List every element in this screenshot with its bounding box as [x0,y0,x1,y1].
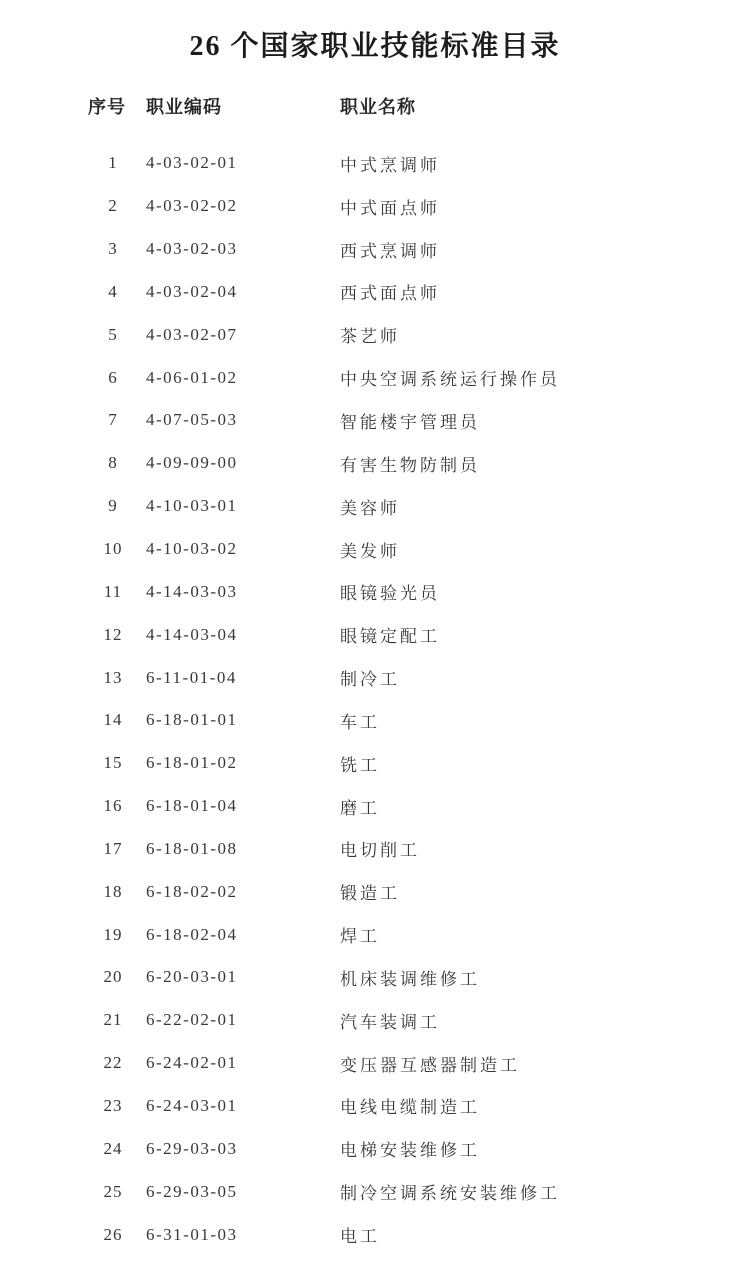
table-row: 7 4-07-05-03 智能楼宇管理员 [88,399,728,442]
row-index-cell: 21 [88,1010,138,1030]
table-row: 2 4-03-02-02 中式面点师 [88,185,728,228]
table-row: 26 6-31-01-03 电工 [88,1213,728,1256]
row-code-cell: 4-06-01-02 [146,368,332,388]
row-code-cell: 6-24-02-01 [146,1053,332,1073]
row-name-cell: 车工 [340,708,728,733]
table-row: 6 4-06-01-02 中央空调系统运行操作员 [88,356,728,399]
table-row: 18 6-18-02-02 锻造工 [88,870,728,913]
table-row: 5 4-03-02-07 茶艺师 [88,313,728,356]
row-index-cell: 3 [88,239,138,259]
table-row: 14 6-18-01-01 车工 [88,699,728,742]
row-index-cell: 1 [88,153,138,173]
table-row: 17 6-18-01-08 电切削工 [88,828,728,871]
table-row: 9 4-10-03-01 美容师 [88,485,728,528]
row-name-cell: 铣工 [340,751,728,776]
row-name-cell: 制冷工 [340,665,728,690]
table-row: 10 4-10-03-02 美发师 [88,528,728,571]
table-row: 12 4-14-03-04 眼镜定配工 [88,613,728,656]
row-index-cell: 16 [88,796,138,816]
row-code-cell: 4-03-02-01 [146,153,332,173]
table-row: 22 6-24-02-01 变压器互感器制造工 [88,1042,728,1085]
column-header-index: 序号 [88,93,138,119]
row-index-cell: 5 [88,325,138,345]
row-code-cell: 4-03-02-03 [146,239,332,259]
row-name-cell: 中式烹调师 [340,151,728,176]
row-code-cell: 6-29-03-03 [146,1139,332,1159]
row-index-cell: 2 [88,196,138,216]
row-index-cell: 22 [88,1053,138,1073]
row-code-cell: 6-18-02-04 [146,925,332,945]
row-name-cell: 变压器互感器制造工 [340,1051,728,1076]
table-row: 20 6-20-03-01 机床装调维修工 [88,956,728,999]
row-name-cell: 眼镜验光员 [340,579,728,604]
column-header-code: 职业编码 [146,93,332,119]
row-name-cell: 电线电缆制造工 [340,1093,728,1118]
row-index-cell: 14 [88,710,138,730]
row-name-cell: 汽车装调工 [340,1008,728,1033]
row-name-cell: 西式烹调师 [340,237,728,262]
row-name-cell: 中央空调系统运行操作员 [340,365,728,390]
table-row: 21 6-22-02-01 汽车装调工 [88,999,728,1042]
row-index-cell: 10 [88,539,138,559]
table-row: 4 4-03-02-04 西式面点师 [88,271,728,314]
row-code-cell: 6-18-02-02 [146,882,332,902]
row-name-cell: 机床装调维修工 [340,965,728,990]
row-index-cell: 15 [88,753,138,773]
row-name-cell: 电切削工 [340,836,728,861]
row-index-cell: 12 [88,625,138,645]
row-index-cell: 17 [88,839,138,859]
row-code-cell: 4-14-03-03 [146,582,332,602]
table-row: 23 6-24-03-01 电线电缆制造工 [88,1085,728,1128]
row-index-cell: 23 [88,1096,138,1116]
table-row: 13 6-11-01-04 制冷工 [88,656,728,699]
row-code-cell: 4-09-09-00 [146,453,332,473]
row-code-cell: 4-14-03-04 [146,625,332,645]
row-code-cell: 6-29-03-05 [146,1182,332,1202]
row-name-cell: 美容师 [340,494,728,519]
table-body: 1 4-03-02-01 中式烹调师 2 4-03-02-02 中式面点师 3 … [88,142,728,1256]
row-index-cell: 24 [88,1139,138,1159]
table-row: 3 4-03-02-03 西式烹调师 [88,228,728,271]
row-name-cell: 磨工 [340,794,728,819]
table-row: 15 6-18-01-02 铣工 [88,742,728,785]
row-index-cell: 8 [88,453,138,473]
row-name-cell: 美发师 [340,537,728,562]
row-code-cell: 4-03-02-02 [146,196,332,216]
row-code-cell: 6-20-03-01 [146,967,332,987]
row-index-cell: 26 [88,1225,138,1245]
row-name-cell: 茶艺师 [340,322,728,347]
row-name-cell: 电工 [340,1222,728,1247]
row-code-cell: 4-03-02-04 [146,282,332,302]
table-row: 25 6-29-03-05 制冷空调系统安装维修工 [88,1170,728,1213]
column-header-name: 职业名称 [340,93,708,119]
row-code-cell: 6-11-01-04 [146,668,332,688]
row-index-cell: 4 [88,282,138,302]
row-index-cell: 20 [88,967,138,987]
row-index-cell: 6 [88,368,138,388]
row-code-cell: 6-24-03-01 [146,1096,332,1116]
page-title: 26 个国家职业技能标准目录 [0,24,750,64]
row-code-cell: 4-07-05-03 [146,410,332,430]
row-index-cell: 7 [88,410,138,430]
table-row: 24 6-29-03-03 电梯安装维修工 [88,1127,728,1170]
row-code-cell: 4-10-03-01 [146,496,332,516]
row-code-cell: 6-22-02-01 [146,1010,332,1030]
row-code-cell: 6-18-01-04 [146,796,332,816]
table-row: 16 6-18-01-04 磨工 [88,785,728,828]
row-code-cell: 6-18-01-01 [146,710,332,730]
row-index-cell: 19 [88,925,138,945]
row-name-cell: 有害生物防制员 [340,451,728,476]
row-name-cell: 电梯安装维修工 [340,1136,728,1161]
table-header-row: 序号 职业编码 职业名称 [88,93,708,119]
row-name-cell: 眼镜定配工 [340,622,728,647]
row-name-cell: 西式面点师 [340,279,728,304]
row-name-cell: 焊工 [340,922,728,947]
row-code-cell: 6-18-01-02 [146,753,332,773]
row-index-cell: 25 [88,1182,138,1202]
row-index-cell: 18 [88,882,138,902]
table-row: 11 4-14-03-03 眼镜验光员 [88,570,728,613]
row-name-cell: 制冷空调系统安装维修工 [340,1179,728,1204]
row-index-cell: 9 [88,496,138,516]
row-code-cell: 4-03-02-07 [146,325,332,345]
row-index-cell: 13 [88,668,138,688]
row-code-cell: 4-10-03-02 [146,539,332,559]
table-row: 19 6-18-02-04 焊工 [88,913,728,956]
row-name-cell: 中式面点师 [340,194,728,219]
row-code-cell: 6-18-01-08 [146,839,332,859]
row-name-cell: 智能楼宇管理员 [340,408,728,433]
document-page: 26 个国家职业技能标准目录 序号 职业编码 职业名称 1 4-03-02-01… [0,0,750,1263]
row-code-cell: 6-31-01-03 [146,1225,332,1245]
table-row: 1 4-03-02-01 中式烹调师 [88,142,728,185]
row-name-cell: 锻造工 [340,879,728,904]
row-index-cell: 11 [88,582,138,602]
table-row: 8 4-09-09-00 有害生物防制员 [88,442,728,485]
